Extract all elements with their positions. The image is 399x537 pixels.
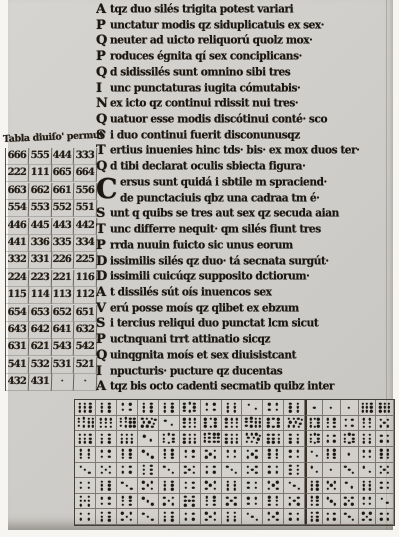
dice-cell: [376, 447, 394, 463]
pip-dot: [101, 434, 103, 436]
pip-dot: [168, 433, 170, 435]
pip-dot: [352, 434, 354, 436]
dice-cell: [242, 416, 263, 432]
pip-dot: [247, 481, 249, 483]
pip-dot: [276, 457, 278, 459]
pip-dot: [297, 441, 299, 443]
pip-dot: [213, 441, 215, 443]
pip-dot: [250, 433, 252, 435]
pip-dot: [101, 450, 103, 452]
pip-dot: [276, 403, 278, 405]
pip-dot: [295, 421, 297, 423]
pip-dot: [208, 436, 210, 438]
dice-cell: [222, 447, 243, 463]
dice-cell: [138, 431, 159, 447]
pip-dot: [171, 449, 173, 451]
pip-dot: [150, 406, 152, 408]
pip-dot: [79, 441, 81, 443]
pip-dot: [369, 418, 371, 420]
dice-cell: [96, 494, 117, 510]
pip-dot: [235, 441, 237, 443]
pip-dot: [383, 406, 385, 408]
dice-cell: [180, 431, 201, 447]
pip-dot: [192, 500, 194, 502]
pip-dot: [129, 466, 131, 468]
pip-dot: [108, 480, 110, 482]
pip-dot: [88, 472, 90, 474]
pip-dot: [288, 425, 290, 427]
pip-dot: [352, 519, 354, 521]
pip-dot: [87, 481, 89, 483]
pip-dot: [143, 402, 145, 404]
dice-cell: [117, 463, 138, 479]
pip-dot: [143, 469, 145, 471]
dice-cell: [359, 509, 377, 525]
line-text: tqz bis octo cadenti secmatib quibz inte…: [110, 380, 334, 394]
pip-dot: [208, 433, 210, 435]
pip-dot: [268, 487, 270, 489]
pip-dot: [345, 424, 347, 426]
pip-dot: [110, 418, 112, 420]
pip-dot: [361, 410, 363, 412]
pip-dot: [209, 453, 211, 455]
pip-dot: [213, 471, 215, 473]
dice-cell: [305, 431, 323, 447]
pip-dot: [101, 488, 103, 490]
pip-dot: [143, 435, 145, 437]
pip-dot: [297, 518, 299, 520]
pip-dot: [226, 450, 228, 452]
pip-dot: [277, 422, 279, 424]
pip-dot: [225, 441, 227, 443]
dice-cell: [159, 494, 180, 510]
pip-dot: [100, 418, 102, 420]
pip-dot: [171, 406, 173, 408]
pip-dot: [129, 500, 131, 502]
line-text: roduces égnita qí sex conciplicans·: [110, 50, 302, 64]
dice-cell: [117, 478, 138, 494]
pip-dot: [172, 441, 174, 443]
pip-dot: [268, 453, 270, 455]
dice-cell: [180, 509, 201, 525]
pip-dot: [89, 437, 91, 439]
line-text: uinqgnita moís et sex diuisistcant: [110, 349, 296, 363]
pip-dot: [380, 425, 382, 427]
pip-dot: [259, 418, 261, 420]
pip-dot: [226, 406, 228, 408]
pip-dot: [362, 519, 364, 521]
pip-dot: [379, 410, 381, 412]
pip-dot: [333, 457, 335, 459]
table-cell: 442: [73, 218, 96, 235]
pip-dot: [213, 403, 215, 405]
pip-dot: [334, 503, 336, 505]
pip-dot: [171, 503, 173, 505]
pip-dot: [203, 433, 205, 435]
pip-dot: [83, 425, 85, 427]
pip-dot: [361, 406, 363, 408]
dice-cell: [341, 509, 359, 525]
pip-dot: [225, 437, 227, 439]
pip-dot: [171, 480, 173, 482]
pip-dot: [183, 426, 185, 428]
pip-dot: [247, 513, 249, 515]
pip-dot: [226, 456, 228, 458]
pip-dot: [380, 513, 382, 515]
pip-dot: [259, 421, 261, 423]
dice-cell: [284, 431, 305, 447]
pip-dot: [188, 469, 190, 471]
pip-dot: [192, 513, 194, 515]
pip-dot: [344, 513, 346, 515]
pip-dot: [362, 484, 364, 486]
pip-dot: [230, 422, 232, 424]
dice-cell: [323, 416, 341, 432]
table-cell: 651: [73, 305, 96, 322]
table-cell: 445: [28, 218, 51, 235]
dice-cell: [75, 494, 96, 510]
pip-dot: [171, 484, 173, 486]
pip-dot: [101, 406, 103, 408]
pip-dot: [183, 437, 185, 439]
pip-dot: [316, 488, 318, 490]
dice-pip-grid: [74, 399, 395, 526]
dice-cell: [359, 447, 377, 463]
pip-dot: [213, 409, 215, 411]
dice-cell: [138, 463, 159, 479]
pip-dot: [105, 422, 107, 424]
pip-dot: [352, 437, 354, 439]
dice-cell: [75, 431, 96, 447]
pip-dot: [388, 402, 390, 404]
pip-dot: [217, 433, 219, 435]
table-cell: 553: [28, 200, 51, 217]
pip-dot: [289, 410, 291, 412]
dice-cell: [201, 478, 222, 494]
pip-dot: [313, 433, 315, 435]
pip-dot: [256, 441, 258, 443]
pip-dot: [87, 449, 89, 451]
pip-dot: [316, 500, 318, 502]
dice-cell: [222, 400, 243, 416]
dice-cell: [341, 431, 359, 447]
pip-dot: [151, 503, 153, 505]
pip-dot: [225, 434, 227, 436]
pip-dot: [129, 496, 131, 498]
pip-dot: [184, 456, 186, 458]
pip-dot: [362, 488, 364, 490]
pip-dot: [226, 488, 228, 490]
pip-dot: [141, 418, 143, 420]
pip-dot: [83, 421, 85, 423]
pip-dot: [386, 513, 388, 515]
dice-cell: [242, 478, 263, 494]
dice-cell: [180, 463, 201, 479]
pip-dot: [143, 465, 145, 467]
pip-dot: [87, 513, 89, 515]
pip-dot: [310, 418, 312, 420]
pip-dot: [172, 437, 174, 439]
dice-cell: [180, 478, 201, 494]
pip-dot: [183, 410, 185, 412]
pip-dot: [164, 453, 166, 455]
pip-dot: [188, 441, 190, 443]
pip-dot: [87, 487, 89, 489]
dice-cell: [341, 478, 359, 494]
line-text: ertius inuenies hinc tds· bis· ex mox du…: [110, 144, 359, 158]
pip-dot: [226, 512, 228, 514]
pip-dot: [126, 437, 128, 439]
table-cell: 334: [73, 235, 96, 252]
pip-dot: [348, 406, 350, 408]
pip-dot: [267, 418, 269, 420]
pip-dot: [225, 426, 227, 428]
pip-dot: [213, 500, 215, 502]
dice-cell: [284, 494, 305, 510]
pip-dot: [247, 502, 249, 504]
verse-line: Iunc punctaturas iugita cómutabis·: [96, 82, 394, 98]
verse-line: Prrda nuuin fuicto sic unus eorum: [96, 239, 394, 255]
pip-dot: [183, 422, 185, 424]
pip-dot: [133, 425, 135, 427]
line-initial: I: [96, 365, 110, 379]
pip-dot: [369, 484, 371, 486]
pip-dot: [327, 434, 329, 436]
verse-line: At dissilés sút oís inuencos sex: [96, 286, 394, 302]
pip-dot: [246, 441, 248, 443]
pip-dot: [330, 406, 332, 408]
pip-dot: [130, 519, 132, 521]
pip-dot: [327, 440, 329, 442]
pip-dot: [142, 497, 144, 499]
pip-dot: [79, 500, 81, 502]
pip-dot: [235, 426, 237, 428]
dice-cell: [323, 463, 341, 479]
dice-cell: [242, 494, 263, 510]
pip-dot: [386, 453, 388, 455]
line-text: uatuor esse modis discótinui conté· sco: [110, 113, 327, 127]
pip-dot: [172, 472, 174, 474]
pip-dot: [205, 500, 207, 502]
pip-dot: [330, 469, 332, 471]
pip-dot: [362, 418, 364, 420]
pip-dot: [297, 426, 299, 428]
pip-dot: [234, 402, 236, 404]
pip-dot: [327, 418, 329, 420]
pip-dot: [362, 441, 364, 443]
dice-cell: [96, 478, 117, 494]
dice-cell: [263, 447, 284, 463]
pip-dot: [247, 465, 249, 467]
pip-dot: [311, 519, 313, 521]
pip-dot: [383, 469, 385, 471]
pip-dot: [245, 425, 247, 427]
pip-dot: [89, 410, 91, 412]
table-cell: 643: [6, 322, 29, 339]
table-cell: 331: [28, 252, 51, 269]
big-initial-letter: C: [96, 177, 117, 203]
pip-dot: [247, 450, 249, 452]
pip-dot: [234, 519, 236, 521]
pip-dot: [129, 421, 131, 423]
verse-line: Qneuter ad uicto reliquorú quolz mox·: [96, 34, 394, 50]
pip-dot: [130, 512, 132, 514]
pip-dot: [311, 488, 313, 490]
line-text: npucturis· pucture qz ducentas: [110, 365, 282, 379]
line-initial: T: [96, 144, 110, 158]
pip-dot: [108, 502, 110, 504]
pip-dot: [369, 519, 371, 521]
pip-dot: [84, 500, 86, 502]
pip-dot: [126, 434, 128, 436]
pip-dot: [105, 426, 107, 428]
line-initial: Q: [96, 66, 110, 80]
verse-line: de punctaciuis qbz una cadraa tm é·: [96, 192, 394, 208]
pip-dot: [317, 434, 319, 436]
line-initial: P: [96, 50, 110, 64]
pip-dot: [164, 480, 166, 482]
pip-dot: [150, 469, 152, 471]
dice-cell: [284, 478, 305, 494]
verse-line: Nex icto qz continui rdissit nui tres·: [96, 97, 394, 113]
pip-dot: [370, 410, 372, 412]
pip-dot: [289, 472, 291, 474]
table-cell: 556: [73, 183, 96, 200]
line-initial: D: [96, 270, 110, 284]
pip-dot: [121, 481, 123, 483]
pip-dot: [142, 450, 144, 452]
table-cell: 431: [28, 374, 51, 391]
pip-dot: [183, 403, 185, 405]
pip-dot: [147, 500, 149, 502]
pip-dot: [129, 409, 131, 411]
pip-dot: [268, 403, 270, 405]
pip-dot: [310, 425, 312, 427]
table-cell: 551: [73, 200, 96, 217]
line-initial: V: [96, 302, 110, 316]
pip-dot: [204, 418, 206, 420]
table-cell: 542: [73, 339, 96, 356]
pip-dot: [327, 457, 329, 459]
pip-dot: [101, 484, 103, 486]
pip-dot: [330, 500, 332, 502]
pip-dot: [289, 421, 291, 423]
dice-cell: [138, 478, 159, 494]
pip-dot: [109, 472, 111, 474]
pip-dot: [344, 441, 346, 443]
pip-dot: [272, 434, 274, 436]
line-text: tqz duo silés trigita potest variari: [110, 3, 293, 17]
pip-dot: [348, 441, 350, 443]
dice-cell: [222, 478, 243, 494]
verse-text-block: C Atqz duo silés trigita potest variariP…: [96, 3, 394, 396]
dice-cell: [159, 416, 180, 432]
pip-dot: [344, 437, 346, 439]
line-initial: T: [96, 223, 110, 237]
pip-dot: [213, 504, 215, 506]
verse-line: Si tercius reliqui duo punctat lcm sicut: [96, 317, 394, 333]
table-cell: 112: [73, 287, 96, 304]
line-text: ersus sunt quidá i sbtile m spraciend·: [120, 176, 327, 190]
dice-cell: [242, 447, 263, 463]
pip-dot: [255, 465, 257, 467]
pip-dot: [84, 406, 86, 408]
table-cell: 555: [28, 148, 51, 165]
dice-cell: [222, 416, 243, 432]
dice-cell: [180, 400, 201, 416]
pip-dot: [120, 421, 122, 423]
dice-cell: [341, 416, 359, 432]
pip-dot: [247, 456, 249, 458]
pip-dot: [205, 466, 207, 468]
line-text: d tibi declarat oculis sbiecta figura·: [110, 160, 305, 174]
pip-dot: [255, 433, 257, 435]
pip-dot: [91, 421, 93, 423]
pip-dot: [344, 466, 346, 468]
pip-dot: [217, 437, 219, 439]
pip-dot: [147, 453, 149, 455]
pip-dot: [124, 425, 126, 427]
verse-line: Atqz bis octo cadenti secmatib quibz int…: [96, 380, 394, 396]
dice-cell: [222, 509, 243, 525]
pip-dot: [153, 422, 155, 424]
pip-dot: [108, 441, 110, 443]
pip-dot: [213, 487, 215, 489]
pip-dot: [234, 406, 236, 408]
pip-dot: [101, 502, 103, 504]
line-text: d sidissilés sunt omnino sibi tres: [110, 66, 290, 80]
pip-dot: [226, 497, 228, 499]
dice-cell: [75, 416, 96, 432]
pip-dot: [192, 456, 194, 458]
dice-cell: [222, 463, 243, 479]
dice-cell: [359, 494, 377, 510]
pip-dot: [317, 422, 319, 424]
pip-dot: [235, 472, 237, 474]
pip-dot: [101, 519, 103, 521]
pip-dot: [327, 513, 329, 515]
dice-cell: [359, 416, 377, 432]
pip-dot: [80, 453, 82, 455]
dice-cell: [305, 463, 323, 479]
pip-dot: [311, 484, 313, 486]
pip-dot: [386, 481, 388, 483]
pip-dot: [297, 437, 299, 439]
pip-dot: [369, 512, 371, 514]
pip-dot: [327, 422, 329, 424]
pip-dot: [348, 453, 350, 455]
pip-dot: [108, 497, 110, 499]
pip-dot: [84, 410, 86, 412]
pip-dot: [311, 480, 313, 482]
table-cell-empty: ·: [51, 374, 74, 391]
pip-dot: [387, 472, 389, 474]
dice-cell: [263, 463, 284, 479]
pip-dot: [369, 434, 371, 436]
pip-dot: [352, 441, 354, 443]
pip-dot: [193, 410, 195, 412]
pip-dot: [386, 434, 388, 436]
line-text: i duo continui fuerit disconunusqz: [110, 129, 300, 143]
pip-dot: [131, 434, 133, 436]
pip-dot: [213, 466, 215, 468]
dice-cell: [284, 400, 305, 416]
pip-dot: [276, 449, 278, 451]
pip-dot: [100, 422, 102, 424]
pip-dot: [234, 497, 236, 499]
pip-dot: [122, 471, 124, 473]
pip-dot: [234, 503, 236, 505]
